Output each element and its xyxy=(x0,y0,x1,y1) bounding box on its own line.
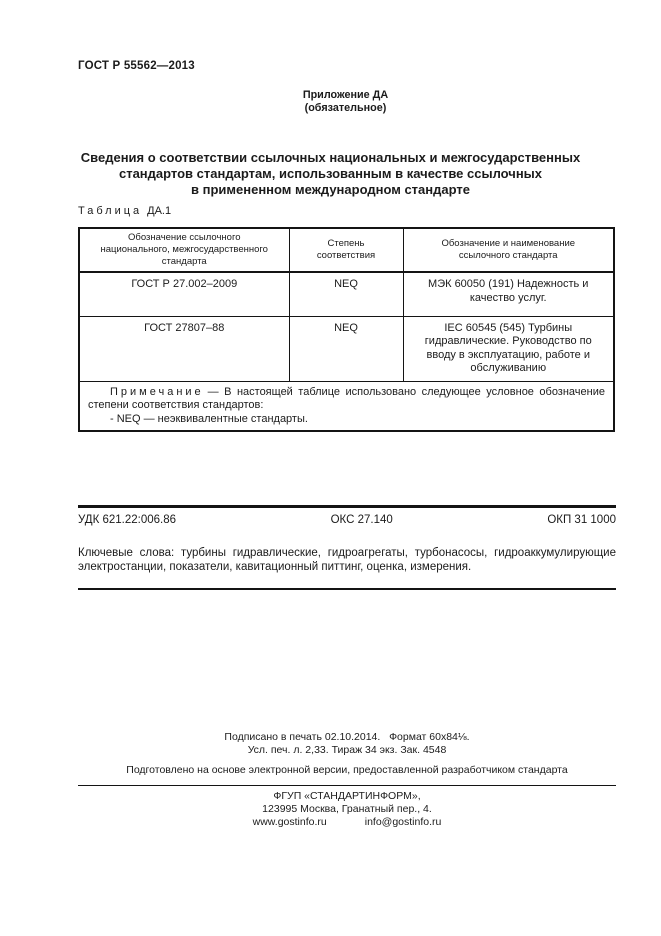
cell-reference-standard: МЭК 60050 (191) Надежность и качество ус… xyxy=(403,272,614,316)
imprint-edition-info: Усл. печ. л. 2,33. Тираж 34 экз. Зак. 45… xyxy=(78,744,616,757)
classification-codes: УДК 621.22:006.86 ОКС 27.140 ОКП 31 1000 xyxy=(78,514,616,526)
col-header-reference-standard: Обозначение и наименование ссылочного ст… xyxy=(403,228,614,272)
cell-reference-standard: IEC 60545 (545) Турбины гидравлические. … xyxy=(403,316,614,381)
keywords-paragraph: Ключевые слова: турбины гидравлические, … xyxy=(78,546,616,574)
table-caption-number: ДА.1 xyxy=(147,205,171,217)
standard-code: ГОСТ Р 55562—2013 xyxy=(78,60,195,72)
title-line-1: Сведения о соответствии ссылочных национ… xyxy=(40,150,621,166)
title-line-2: стандартов стандартам, использованным в … xyxy=(40,166,621,182)
publisher-email: info@gostinfo.ru xyxy=(365,816,442,829)
cell-degree: NEQ xyxy=(289,272,403,316)
publisher-address: 123995 Москва, Гранатный пер., 4. xyxy=(78,803,616,816)
horizontal-rule-mid xyxy=(78,588,616,590)
okp-code: ОКП 31 1000 xyxy=(547,514,616,526)
imprint-block: Подписано в печать 02.10.2014. Формат 60… xyxy=(78,731,616,777)
publisher-contacts: www.gostinfo.ru info@gostinfo.ru xyxy=(253,816,442,829)
table-caption-word: Таблица xyxy=(78,205,142,217)
note-paragraph: Примечание— В настоящей таблице использо… xyxy=(88,386,605,413)
cell-degree: NEQ xyxy=(289,316,403,381)
oks-code: ОКС 27.140 xyxy=(331,514,393,526)
table-row: ГОСТ Р 27.002–2009 NEQ МЭК 60050 (191) Н… xyxy=(79,272,614,316)
cell-national-standard: ГОСТ Р 27.002–2009 xyxy=(79,272,289,316)
document-page: ГОСТ Р 55562—2013 Приложение ДА (обязате… xyxy=(0,0,661,936)
col-header-degree: Степень соответствия xyxy=(289,228,403,272)
cell-national-standard: ГОСТ 27807–88 xyxy=(79,316,289,381)
note-item: - NEQ — неэквивалентные стандарты. xyxy=(88,413,605,427)
publisher-website: www.gostinfo.ru xyxy=(253,816,327,829)
udk-code: УДК 621.22:006.86 xyxy=(78,514,176,526)
note-label: Примечание xyxy=(110,386,204,398)
horizontal-rule-thick xyxy=(78,505,616,508)
appendix-heading: Приложение ДА (обязательное) xyxy=(78,89,613,114)
appendix-title: Приложение ДА xyxy=(78,89,613,102)
table-note-cell: Примечание— В настоящей таблице использо… xyxy=(79,381,614,431)
publisher-block: ФГУП «СТАНДАРТИНФОРМ», 123995 Москва, Гр… xyxy=(78,790,616,829)
imprint-source-info: Подготовлено на основе электронной верси… xyxy=(78,764,616,777)
correspondence-table: Обозначение ссылочного национального, ме… xyxy=(78,227,615,432)
table-caption: ТаблицаДА.1 xyxy=(78,205,171,217)
horizontal-rule-thin xyxy=(78,785,616,786)
col-header-national-standard: Обозначение ссылочного национального, ме… xyxy=(79,228,289,272)
publisher-name: ФГУП «СТАНДАРТИНФОРМ», xyxy=(78,790,616,803)
page-title: Сведения о соответствии ссылочных национ… xyxy=(40,150,621,197)
imprint-print-info: Подписано в печать 02.10.2014. Формат 60… xyxy=(78,731,616,744)
appendix-subtitle: (обязательное) xyxy=(78,102,613,115)
table-header-row: Обозначение ссылочного национального, ме… xyxy=(79,228,614,272)
table-note-row: Примечание— В настоящей таблице использо… xyxy=(79,381,614,431)
table-row: ГОСТ 27807–88 NEQ IEC 60545 (545) Турбин… xyxy=(79,316,614,381)
title-line-3: в примененном международном стандарте xyxy=(40,182,621,198)
correspondence-table-wrap: Обозначение ссылочного национального, ме… xyxy=(78,227,615,432)
